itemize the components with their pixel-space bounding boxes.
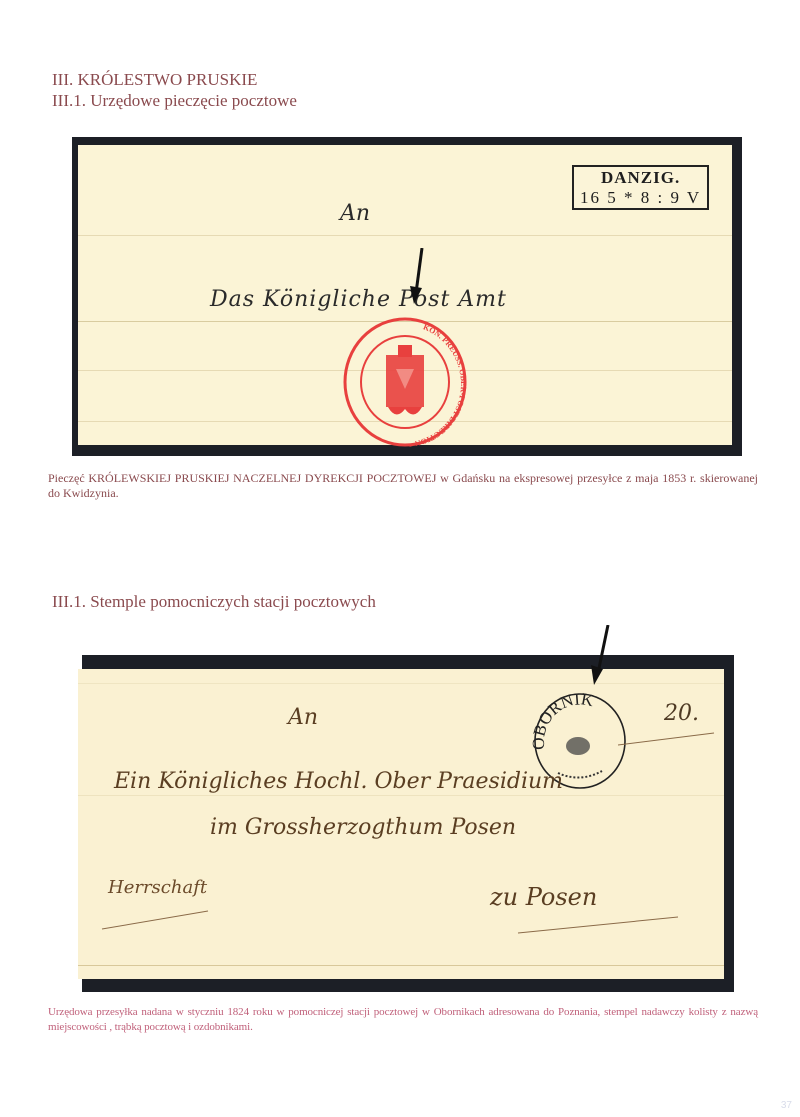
- cover-letter-danzig: DANZIG. 16 5 * 8 : 9 V An Das Königliche…: [78, 145, 732, 445]
- caption-danzig: Pieczęć KRÓLEWSKIEJ PRUSKIEJ NACZELNEJ D…: [48, 471, 758, 501]
- arrow-pointer-icon: [588, 625, 612, 689]
- arrow-pointer-icon: [410, 248, 430, 308]
- address-an: An: [288, 705, 318, 730]
- cover-mount-obornik: OBORNIK 20. An Ein Königliches Hochl. Ob…: [82, 655, 734, 992]
- cover-mount-danzig: DANZIG. 16 5 * 8 : 9 V An Das Königliche…: [72, 137, 742, 456]
- address-underlines: [98, 899, 718, 939]
- postmark-place: DANZIG.: [580, 168, 701, 188]
- red-seal-icon: KÖN. PREUSS. OBER-POST-DIRECTION *: [340, 317, 470, 447]
- caption-obornik: Urzędowa przesyłka nadana w styczniu 182…: [48, 1005, 758, 1035]
- rate-underline: [618, 729, 718, 749]
- address-note: Herrschaft: [108, 877, 207, 898]
- section-title: III. KRÓLESTWO PRUSKIE: [52, 70, 257, 90]
- section2-title: III.1. Stemple pomocniczych stacji poczt…: [52, 592, 376, 612]
- postage-rate: 20.: [664, 701, 699, 726]
- address-recipient: Das Königliche Post Amt: [210, 287, 507, 312]
- address-region: im Grossherzogthum Posen: [210, 815, 516, 840]
- section-subtitle: III.1. Urzędowe pieczęcie pocztowe: [52, 91, 297, 111]
- address-an: An: [340, 201, 370, 226]
- cover-letter-obornik: OBORNIK 20. An Ein Königliches Hochl. Ob…: [78, 669, 724, 979]
- page-watermark: 37: [781, 1100, 792, 1111]
- danzig-postmark: DANZIG. 16 5 * 8 : 9 V: [572, 165, 709, 210]
- postmark-date: 16 5 * 8 : 9 V: [580, 188, 701, 207]
- address-recipient: Ein Königliches Hochl. Ober Praesidium: [114, 769, 563, 794]
